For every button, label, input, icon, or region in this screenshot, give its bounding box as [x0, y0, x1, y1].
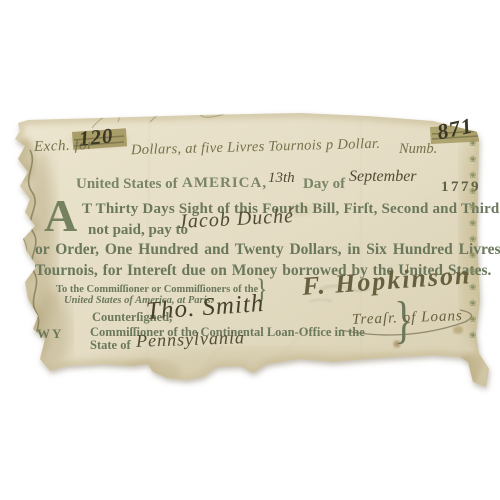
handwritten-month: September — [349, 169, 417, 185]
rosette-ornament-icon: ❀ — [469, 155, 477, 164]
rosette-ornament-icon: ❀ — [469, 315, 477, 324]
handwritten-day: 13th — [268, 171, 295, 186]
united-states-of-label: United States of — [76, 177, 178, 192]
rosette-ornament-icon: ❀ — [469, 331, 477, 340]
plate-letters: WY — [37, 327, 63, 340]
handwritten-state-name: Pennsylvania — [136, 328, 246, 350]
rosette-ornament-icon: ❀ — [469, 267, 477, 276]
body-text-line3: or Order, One Hundred and Twenty Dollars… — [35, 242, 500, 258]
handwritten-amount: 120 — [78, 125, 115, 149]
right-border-ornaments: ❀ ❀ ❀ ❀ ❀ ❀ ❀ ❀ ❀ ❀ ❀ ❀ ❀ — [469, 139, 477, 340]
rosette-ornament-icon: ❀ — [469, 139, 477, 148]
numb-label: Numb. — [399, 142, 437, 157]
rosette-ornament-icon: ❀ — [469, 251, 477, 260]
rosette-ornament-icon: ❀ — [469, 187, 477, 196]
rosette-ornament-icon: ❀ — [469, 171, 477, 180]
rosette-ornament-icon: ❀ — [469, 235, 477, 244]
rosette-ornament-icon: ❀ — [469, 203, 477, 212]
rosette-ornament-icon: ❀ — [469, 219, 477, 228]
document-photo: Exch. for 120 Dollars, at five Livres To… — [0, 0, 500, 500]
america-label: AMERICA, — [182, 176, 267, 191]
rosette-ornament-icon: ❀ — [469, 299, 477, 308]
state-of-label: State of — [90, 339, 131, 352]
day-of-label: Day of — [303, 177, 345, 192]
body-text-line2: not paid, pay to — [88, 223, 188, 238]
rosette-ornament-icon: ❀ — [469, 283, 477, 292]
dropcap-initial: A — [44, 193, 77, 239]
